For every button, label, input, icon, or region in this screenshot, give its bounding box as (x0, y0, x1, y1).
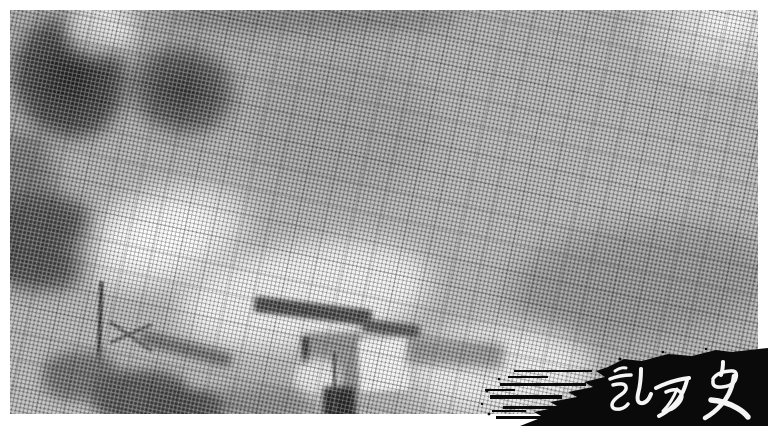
halftone-texture-light (10, 10, 758, 414)
page (0, 0, 768, 426)
halftone-photo (10, 10, 758, 414)
